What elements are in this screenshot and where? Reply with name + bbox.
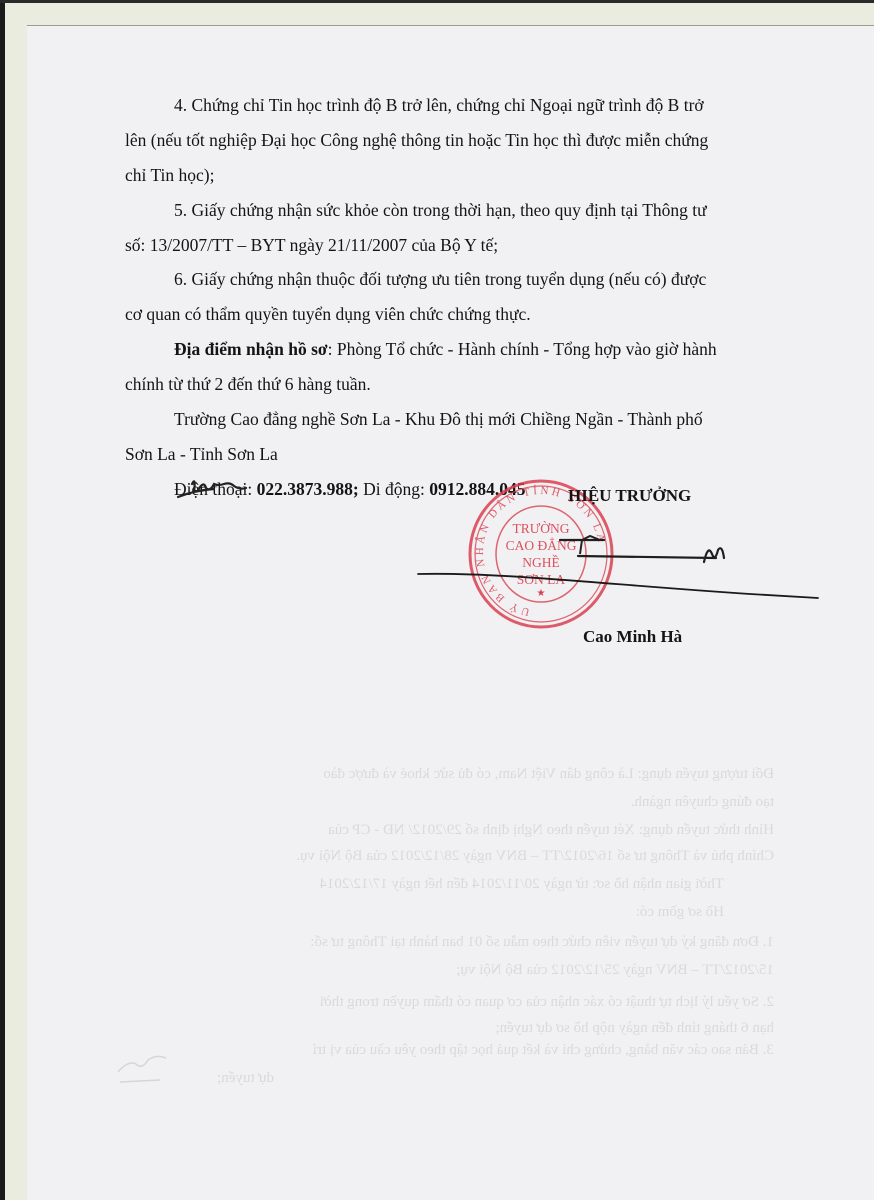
address-line-1: Trường Cao đẳng nghề Sơn La - Khu Đô thị… — [174, 409, 703, 430]
item-4-line-3: chỉ Tin học); — [125, 165, 214, 186]
address-line-2: Sơn La - Tỉnh Sơn La — [125, 444, 278, 465]
phone-label: Điện thoại: — [174, 479, 257, 499]
location-value: : Phòng Tổ chức - Hành chính - Tổng hợp … — [328, 339, 717, 359]
svg-text:TRƯỜNG: TRƯỜNG — [513, 521, 570, 536]
svg-text:★: ★ — [537, 588, 546, 599]
phone-number: 022.3873.988; — [257, 479, 359, 499]
item-6-line-2: cơ quan có thẩm quyền tuyển dụng viên ch… — [125, 304, 531, 325]
signatory-name: Cao Minh Hà — [583, 627, 682, 647]
item-6-line-1: 6. Giấy chứng nhận thuộc đối tượng ưu ti… — [174, 269, 706, 290]
item-4-line-2: lên (nếu tốt nghiệp Đại học Công nghệ th… — [125, 130, 708, 151]
signature-title: HIỆU TRƯỞNG — [568, 486, 691, 506]
location-line-2: chính từ thứ 2 đến thứ 6 hàng tuần. — [125, 374, 371, 395]
item-5-line-1: 5. Giấy chứng nhận sức khỏe còn trong th… — [174, 200, 707, 221]
scan-edge-top — [0, 0, 874, 3]
scan-edge — [0, 0, 5, 1200]
mobile-label: Di động: — [359, 479, 430, 499]
location-label: Địa điểm nhận hồ sơ — [174, 339, 328, 359]
svg-text:SƠN LA: SƠN LA — [517, 572, 566, 587]
svg-text:CAO ĐẲNG: CAO ĐẲNG — [506, 538, 577, 553]
item-5-line-2: số: 13/2007/TT – BYT ngày 21/11/2007 của… — [125, 235, 498, 256]
location-line-1: Địa điểm nhận hồ sơ: Phòng Tổ chức - Hàn… — [174, 339, 717, 360]
item-4-line-1: 4. Chứng chỉ Tin học trình độ B trở lên,… — [174, 95, 704, 116]
svg-text:NGHỀ: NGHỀ — [522, 555, 560, 570]
